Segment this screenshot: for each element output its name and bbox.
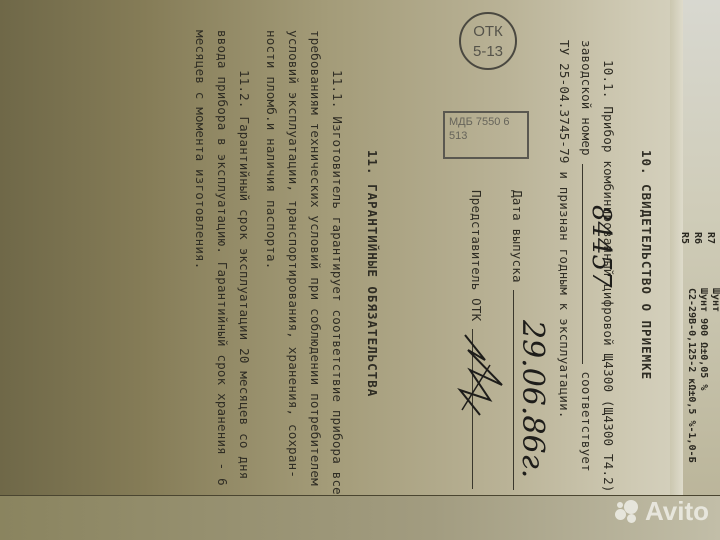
document-photo: R5 R6 R7 С2-29В-0,125-2 кΩ±0,5 %-1,0-Б Ш… (0, 0, 720, 540)
adjacent-labels: R5 (679, 232, 690, 244)
page-edge (670, 0, 684, 540)
avito-watermark: Avito (615, 496, 709, 527)
adjacent-line: Шунт (710, 288, 720, 312)
otk-stamp-rect: МДБ 7550 6 513 (443, 111, 529, 159)
release-date-label: Дата выпуска (510, 190, 525, 283)
section-10-heading: 10. СВИДЕТЕЛЬСТВО О ПРИЕМКЕ (639, 150, 654, 380)
otk-stamp-circle: ОТК 5-13 (459, 12, 517, 70)
adjacent-labels: R6 (692, 232, 703, 244)
serial-suffix: соответствует (579, 371, 594, 471)
section-10-line-3: ТУ 25-04.3745-79 и признан годным к эксп… (557, 40, 572, 419)
avito-logo-icon (615, 500, 641, 524)
avito-brand-text: Avito (645, 496, 709, 527)
serial-number-handwritten: 84457 (586, 205, 616, 288)
table-surface (0, 495, 720, 540)
otk-representative-label: Представитель ОТК (469, 190, 484, 321)
section-11-p1-line: условий эксплуатации, транспортирования,… (286, 30, 301, 478)
otk-signature (450, 330, 510, 420)
section-11-p1-line: 11.1. Изготовитель гарантирует соответст… (330, 70, 345, 503)
section-11-p1-line: ности пломб.и наличия паспорта. (264, 30, 279, 270)
section-11-p2-line: 11.2. Гарантийный срок эксплуатации 20 м… (237, 70, 252, 479)
stamp-otk: ОТК (461, 22, 515, 42)
stamp-rect-line-1: МДБ 7550 6 (449, 115, 523, 129)
section-11-p2-line: месяцев с момента изготовления. (193, 30, 208, 270)
passport-page: 10. СВИДЕТЕЛЬСТВО О ПРИЕМКЕ 10.1. Прибор… (180, 0, 660, 540)
section-11-p2-line: ввода прибора в эксплуатацию. Гарантийны… (215, 30, 230, 486)
release-date-handwritten: 29.06.86г. (515, 320, 550, 478)
release-date-field (513, 290, 514, 490)
adjacent-line: С2-29В-0,125-2 кΩ±0,5 %-1,0-Б (686, 288, 697, 463)
adjacent-labels: R7 (705, 232, 716, 244)
stamp-rect-line-2: 513 (449, 129, 523, 143)
serial-field (582, 164, 583, 364)
adjacent-line: Шунт 900 Ω±0,05 % (698, 288, 709, 390)
section-11-p1-line: требованиям технических условий при собл… (308, 30, 323, 486)
stamp-code: 5-13 (461, 42, 515, 62)
section-11-heading: 11. ГАРАНТИЙНЫЕ ОБЯЗАТЕЛЬСТВА (365, 150, 380, 397)
serial-label: заводской номер (579, 40, 594, 156)
